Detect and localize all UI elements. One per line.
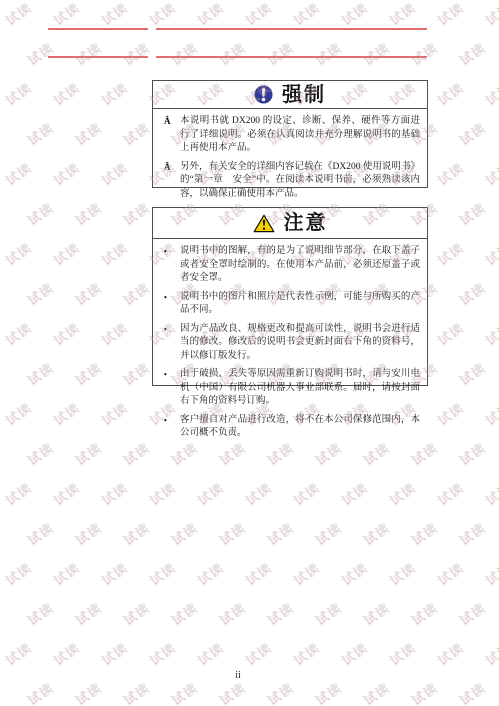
watermark-text: 试读 xyxy=(311,598,345,630)
watermark-text: 试读 xyxy=(481,238,499,270)
watermark-text: 试读 xyxy=(407,518,441,550)
watermark-text: 试读 xyxy=(49,238,83,270)
watermark-text: 试读 xyxy=(1,398,35,430)
watermark-text: 试读 xyxy=(481,158,499,190)
watermark-text: 试读 xyxy=(433,398,467,430)
watermark-text: 试读 xyxy=(385,0,419,29)
watermark-text: 试读 xyxy=(23,518,57,550)
watermark-text: 试读 xyxy=(23,278,57,310)
watermark-text: 试读 xyxy=(97,478,131,510)
watermark-text: 试读 xyxy=(145,478,179,510)
watermark-text: 试读 xyxy=(23,38,57,70)
exclamation-circle-icon xyxy=(254,85,273,104)
watermark-text: 试读 xyxy=(23,118,57,150)
watermark-text: 试读 xyxy=(71,278,105,310)
watermark-text: 试读 xyxy=(71,358,105,390)
watermark-text: 试读 xyxy=(455,38,489,70)
watermark-text: 试读 xyxy=(1,478,35,510)
watermark-text: 试读 xyxy=(455,678,489,706)
watermark-text: 试读 xyxy=(49,78,83,110)
watermark-text: 试读 xyxy=(1,158,35,190)
watermark-text: 试读 xyxy=(289,0,323,29)
watermark-text: 试读 xyxy=(23,438,57,470)
warning-triangle-icon xyxy=(253,214,275,233)
watermark-text: 试读 xyxy=(1,638,35,670)
watermark-text: 试读 xyxy=(23,198,57,230)
watermark-text: 试读 xyxy=(241,638,275,670)
watermark-text: 试读 xyxy=(167,598,201,630)
watermark-text: 试读 xyxy=(263,678,297,706)
bullet-text: 本说明书就 DX200 的设定、诊断、保养、硬件等方面进行了详细说明。必须在认真… xyxy=(180,115,420,156)
watermark-text: 试读 xyxy=(263,518,297,550)
watermark-text: 试读 xyxy=(193,478,227,510)
watermark-text: 试读 xyxy=(97,638,131,670)
watermark-text: 试读 xyxy=(289,478,323,510)
bullet-item: •客户擅自对产品进行改造，将不在本公司保修范围内，本公司概不负责。 xyxy=(164,414,420,441)
watermark-text: 试读 xyxy=(167,38,201,70)
bullet-item: •由于破损、丢失等原因需重新订购说明书时，请与安川电机（中国）有限公司机器人事业… xyxy=(164,368,420,409)
watermark-text: 试读 xyxy=(481,398,499,430)
watermark-text: 试读 xyxy=(433,78,467,110)
watermark-text: 试读 xyxy=(97,78,131,110)
mandatory-box-title: 强制 xyxy=(282,85,326,105)
watermark-text: 试读 xyxy=(49,318,83,350)
watermark-text: 试读 xyxy=(71,598,105,630)
watermark-text: 试读 xyxy=(481,318,499,350)
watermark-text: 试读 xyxy=(119,438,153,470)
watermark-text: 试读 xyxy=(71,38,105,70)
watermark-text: 试读 xyxy=(71,118,105,150)
watermark-text: 试读 xyxy=(433,238,467,270)
watermark-text: 试读 xyxy=(119,518,153,550)
watermark-text: 试读 xyxy=(193,558,227,590)
watermark-text: 试读 xyxy=(215,518,249,550)
watermark-text: 试读 xyxy=(119,598,153,630)
watermark-text: 试读 xyxy=(481,478,499,510)
watermark-text: 试读 xyxy=(455,198,489,230)
watermark-text: 试读 xyxy=(97,398,131,430)
watermark-text: 试读 xyxy=(481,0,499,29)
caution-box-title: 注意 xyxy=(284,213,328,233)
bullet-text: 客户擅自对产品进行改造，将不在本公司保修范围内，本公司概不负责。 xyxy=(180,414,420,441)
bullet-text: 说明书中的图片和照片是代表性示例，可能与所购买的产品不同。 xyxy=(180,291,420,318)
mandatory-notice-box: 强制 Â本说明书就 DX200 的设定、诊断、保养、硬件等方面进行了详细说明。必… xyxy=(152,80,428,188)
watermark-text: 试读 xyxy=(433,638,467,670)
watermark-text: 试读 xyxy=(119,38,153,70)
watermark-text: 试读 xyxy=(385,558,419,590)
watermark-text: 试读 xyxy=(359,598,393,630)
watermark-text: 试读 xyxy=(167,678,201,706)
watermark-text: 试读 xyxy=(167,518,201,550)
watermark-text: 试读 xyxy=(311,38,345,70)
watermark-text: 试读 xyxy=(407,38,441,70)
bullet-marker: Â xyxy=(164,161,180,175)
watermark-text: 试读 xyxy=(359,518,393,550)
watermark-text: 试读 xyxy=(23,678,57,706)
page-number: ii xyxy=(48,670,428,681)
watermark-text: 试读 xyxy=(71,678,105,706)
watermark-text: 试读 xyxy=(1,558,35,590)
watermark-text: 试读 xyxy=(193,0,227,29)
watermark-text: 试读 xyxy=(97,318,131,350)
watermark-text: 试读 xyxy=(337,478,371,510)
watermark-text: 试读 xyxy=(337,0,371,29)
bullet-text: 说明书中的图解，有的是为了说明细节部分，在取下盖子或者安全罩时绘制的。在使用本产… xyxy=(180,245,420,286)
watermark-text: 试读 xyxy=(337,558,371,590)
document-page: 强制 Â本说明书就 DX200 的设定、诊断、保养、硬件等方面进行了详细说明。必… xyxy=(0,0,499,706)
watermark-text: 试读 xyxy=(241,558,275,590)
watermark-text: 试读 xyxy=(145,558,179,590)
watermark-text: 试读 xyxy=(311,678,345,706)
caution-box-header: 注意 xyxy=(153,208,427,239)
watermark-text: 试读 xyxy=(71,198,105,230)
watermark-text: 试读 xyxy=(119,678,153,706)
bullet-marker: • xyxy=(164,414,180,428)
watermark-text: 试读 xyxy=(385,478,419,510)
bullet-marker: • xyxy=(164,368,180,382)
watermark-text: 试读 xyxy=(407,678,441,706)
watermark-text: 试读 xyxy=(119,278,153,310)
watermark-text: 试读 xyxy=(23,358,57,390)
watermark-text: 试读 xyxy=(215,598,249,630)
watermark-text: 试读 xyxy=(97,158,131,190)
caution-notice-box: 注意 •说明书中的图解，有的是为了说明细节部分，在取下盖子或者安全罩时绘制的。在… xyxy=(152,207,428,386)
watermark-text: 试读 xyxy=(49,638,83,670)
watermark-text: 试读 xyxy=(1,238,35,270)
watermark-text: 试读 xyxy=(407,598,441,630)
mandatory-box-body: Â本说明书就 DX200 的设定、诊断、保养、硬件等方面进行了详细说明。必须在认… xyxy=(153,109,427,210)
watermark-text: 试读 xyxy=(49,158,83,190)
watermark-text: 试读 xyxy=(49,0,83,29)
watermark-text: 试读 xyxy=(455,438,489,470)
watermark-text: 试读 xyxy=(23,598,57,630)
watermark-text: 试读 xyxy=(241,478,275,510)
red-rule xyxy=(48,56,148,58)
watermark-text: 试读 xyxy=(241,0,275,29)
watermark-text: 试读 xyxy=(119,198,153,230)
watermark-text: 试读 xyxy=(455,358,489,390)
bullet-marker: • xyxy=(164,291,180,305)
bullet-marker: Â xyxy=(164,115,180,129)
bullet-marker: • xyxy=(164,245,180,259)
watermark-text: 试读 xyxy=(1,318,35,350)
watermark-text: 试读 xyxy=(385,638,419,670)
watermark-text: 试读 xyxy=(215,38,249,70)
watermark-text: 试读 xyxy=(455,598,489,630)
watermark-text: 试读 xyxy=(455,518,489,550)
bullet-marker: • xyxy=(164,323,180,337)
watermark-text: 试读 xyxy=(263,38,297,70)
watermark-text: 试读 xyxy=(119,358,153,390)
watermark-text: 试读 xyxy=(337,638,371,670)
watermark-text: 试读 xyxy=(433,158,467,190)
watermark-text: 试读 xyxy=(71,518,105,550)
watermark-text: 试读 xyxy=(289,558,323,590)
watermark-text: 试读 xyxy=(49,478,83,510)
watermark-text: 试读 xyxy=(145,0,179,29)
watermark-text: 试读 xyxy=(311,518,345,550)
watermark-text: 试读 xyxy=(481,78,499,110)
watermark-text: 试读 xyxy=(119,118,153,150)
red-rule xyxy=(156,28,427,30)
watermark-text: 试读 xyxy=(289,638,323,670)
watermark-text: 试读 xyxy=(215,678,249,706)
red-rule xyxy=(48,28,148,30)
bullet-item: Â本说明书就 DX200 的设定、诊断、保养、硬件等方面进行了详细说明。必须在认… xyxy=(164,115,420,156)
red-rule xyxy=(156,56,427,58)
watermark-text: 试读 xyxy=(359,678,393,706)
caution-box-body: •说明书中的图解，有的是为了说明细节部分，在取下盖子或者安全罩时绘制的。在使用本… xyxy=(153,239,427,450)
watermark-text: 试读 xyxy=(359,38,393,70)
bullet-text: 因为产品改良、规格更改和提高可读性，说明书会进行适当的修改。修改后的说明书会更新… xyxy=(180,323,420,364)
mandatory-box-header: 强制 xyxy=(153,81,427,109)
watermark-text: 试读 xyxy=(71,438,105,470)
bullet-text: 另外，有关安全的详细内容记载在《DX200 使用说明书》的“第一章 安全”中。在… xyxy=(180,161,420,202)
watermark-text: 试读 xyxy=(1,78,35,110)
watermark-text: 试读 xyxy=(455,278,489,310)
bullet-item: •说明书中的图片和照片是代表性示例，可能与所购买的产品不同。 xyxy=(164,291,420,318)
watermark-text: 试读 xyxy=(433,558,467,590)
watermark-text: 试读 xyxy=(145,638,179,670)
watermark-text: 试读 xyxy=(49,398,83,430)
watermark-text: 试读 xyxy=(481,638,499,670)
watermark-text: 试读 xyxy=(97,558,131,590)
watermark-text: 试读 xyxy=(193,638,227,670)
bullet-text: 由于破损、丢失等原因需重新订购说明书时，请与安川电机（中国）有限公司机器人事业部… xyxy=(180,368,420,409)
watermark-text: 试读 xyxy=(433,0,467,29)
watermark-text: 试读 xyxy=(97,238,131,270)
watermark-text: 试读 xyxy=(263,598,297,630)
watermark-text: 试读 xyxy=(455,118,489,150)
bullet-item: •说明书中的图解，有的是为了说明细节部分，在取下盖子或者安全罩时绘制的。在使用本… xyxy=(164,245,420,286)
watermark-text: 试读 xyxy=(433,318,467,350)
watermark-text: 试读 xyxy=(49,558,83,590)
watermark-text: 试读 xyxy=(1,0,35,29)
watermark-text: 试读 xyxy=(481,558,499,590)
watermark-text: 试读 xyxy=(433,478,467,510)
bullet-item: Â另外，有关安全的详细内容记载在《DX200 使用说明书》的“第一章 安全”中。… xyxy=(164,161,420,202)
bullet-item: •因为产品改良、规格更改和提高可读性，说明书会进行适当的修改。修改后的说明书会更… xyxy=(164,323,420,364)
watermark-text: 试读 xyxy=(97,0,131,29)
